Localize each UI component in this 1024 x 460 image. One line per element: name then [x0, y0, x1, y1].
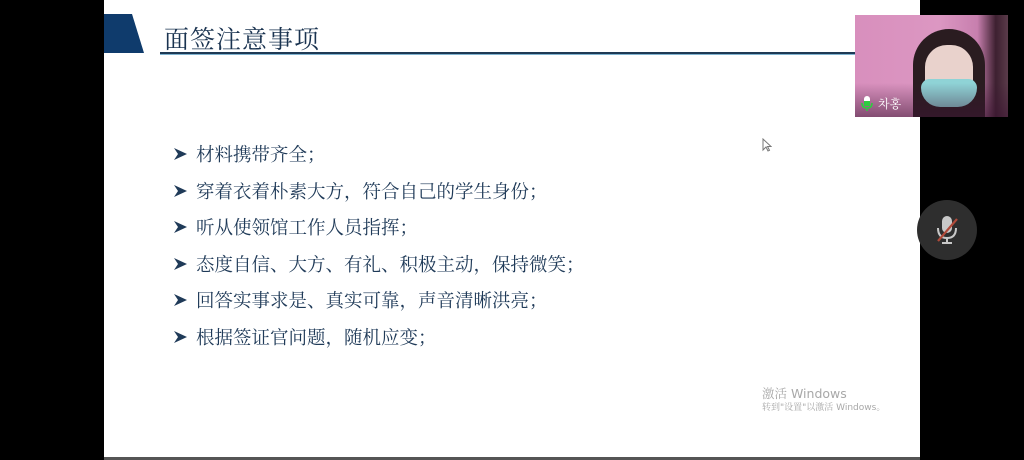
arrow-bullet-icon	[174, 258, 187, 270]
presentation-slide: 面签注意事项 材料携带齐全； 穿着衣着朴素大方，符合自己的学生身份； 听从使领馆…	[104, 0, 920, 458]
mouse-cursor-icon	[762, 138, 772, 152]
title-underline	[160, 52, 860, 55]
arrow-bullet-icon	[174, 148, 187, 160]
participant-video-tile[interactable]: 차홍	[855, 15, 1008, 117]
bullet-text: 穿着衣着朴素大方，符合自己的学生身份；	[196, 178, 548, 204]
title-accent-shape	[104, 14, 144, 53]
windows-activation-watermark: 激活 Windows 转到"设置"以激活 Windows。	[762, 386, 885, 414]
arrow-bullet-icon	[174, 185, 187, 197]
bullet-item: 根据签证官问题，随机应变；	[174, 319, 585, 356]
bullet-text: 听从使领馆工作人员指挥；	[196, 214, 418, 240]
arrow-bullet-icon	[174, 294, 187, 306]
watermark-subtitle: 转到"设置"以激活 Windows。	[762, 402, 885, 414]
mic-muted-icon	[932, 213, 962, 247]
bullet-item: 材料携带齐全；	[174, 136, 585, 173]
bullet-text: 态度自信、大方、有礼、积极主动，保持微笑；	[196, 251, 585, 277]
bullet-item: 听从使领馆工作人员指挥；	[174, 209, 585, 246]
slide-title: 面签注意事项	[164, 20, 320, 56]
bullet-list: 材料携带齐全； 穿着衣着朴素大方，符合自己的学生身份； 听从使领馆工作人员指挥；…	[174, 136, 585, 355]
bullet-text: 根据签证官问题，随机应变；	[196, 324, 437, 350]
participant-name: 차홍	[878, 95, 901, 112]
arrow-bullet-icon	[174, 221, 187, 233]
mute-toggle-button[interactable]	[917, 200, 977, 260]
mic-active-icon	[860, 96, 874, 112]
arrow-bullet-icon	[174, 331, 187, 343]
bullet-text: 材料携带齐全；	[196, 141, 326, 167]
watermark-title: 激活 Windows	[762, 386, 885, 402]
bullet-item: 穿着衣着朴素大方，符合自己的学生身份；	[174, 173, 585, 210]
bullet-item: 态度自信、大方、有礼、积极主动，保持微笑；	[174, 246, 585, 283]
bullet-text: 回答实事求是、真实可靠，声音清晰洪亮；	[196, 287, 548, 313]
bullet-item: 回答实事求是、真实可靠，声音清晰洪亮；	[174, 282, 585, 319]
participant-label: 차홍	[860, 95, 901, 112]
